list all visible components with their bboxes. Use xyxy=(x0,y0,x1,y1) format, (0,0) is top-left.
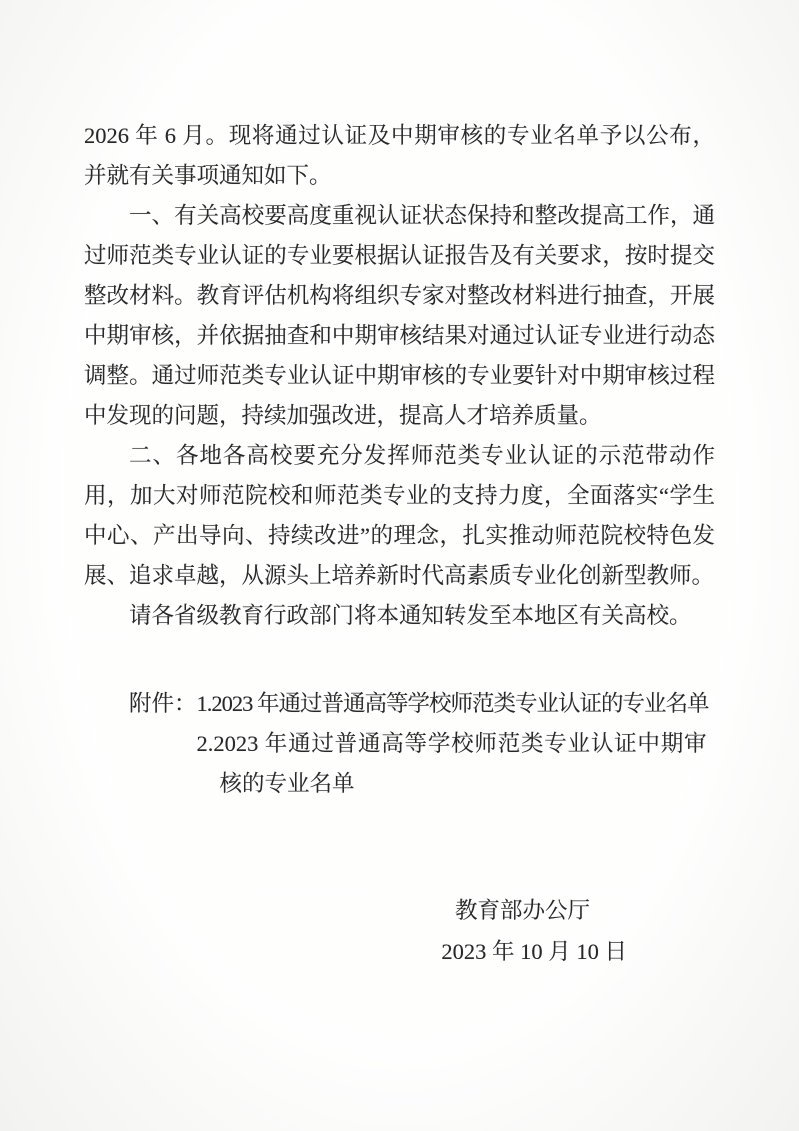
attachments-list: 1.2023 年通过普通高等学校师范类专业认证的专业名单 2.2023 年通过普… xyxy=(197,684,715,804)
attachments-block: 附件： 1.2023 年通过普通高等学校师范类专业认证的专业名单 2.2023 … xyxy=(129,684,715,804)
body-paragraph-forwarding-request: 请各省级教育行政部门将本通知转发至本地区有关高校。 xyxy=(84,596,715,636)
signature-organization: 教育部办公厅 xyxy=(0,891,799,931)
attachment-item-2: 2.2023 年通过普通高等学校师范类专业认证中期审核的专业名单 xyxy=(197,724,707,804)
signature-block: 教育部办公厅 2023 年 10 月 10 日 xyxy=(0,891,799,972)
scanned-document-page: 2026 年 6 月。现将通过认证及中期审核的专业名单予以公布，并就有关事项通知… xyxy=(0,0,799,1131)
attachments-label: 附件： xyxy=(129,684,197,804)
body-paragraph-item-two: 二、各地各高校要充分发挥师范类专业认证的示范带动作用，加大对师范院校和师范类专业… xyxy=(84,436,715,596)
document-body: 2026 年 6 月。现将通过认证及中期审核的专业名单予以公布，并就有关事项通知… xyxy=(84,116,715,804)
attachment-item-1: 1.2023 年通过普通高等学校师范类专业认证的专业名单 xyxy=(197,684,715,724)
signature-date: 2023 年 10 月 10 日 xyxy=(0,932,799,972)
body-paragraph-continuation: 2026 年 6 月。现将通过认证及中期审核的专业名单予以公布，并就有关事项通知… xyxy=(84,116,715,196)
body-paragraph-item-one: 一、有关高校要高度重视认证状态保持和整改提高工作，通过师范类专业认证的专业要根据… xyxy=(84,196,715,436)
